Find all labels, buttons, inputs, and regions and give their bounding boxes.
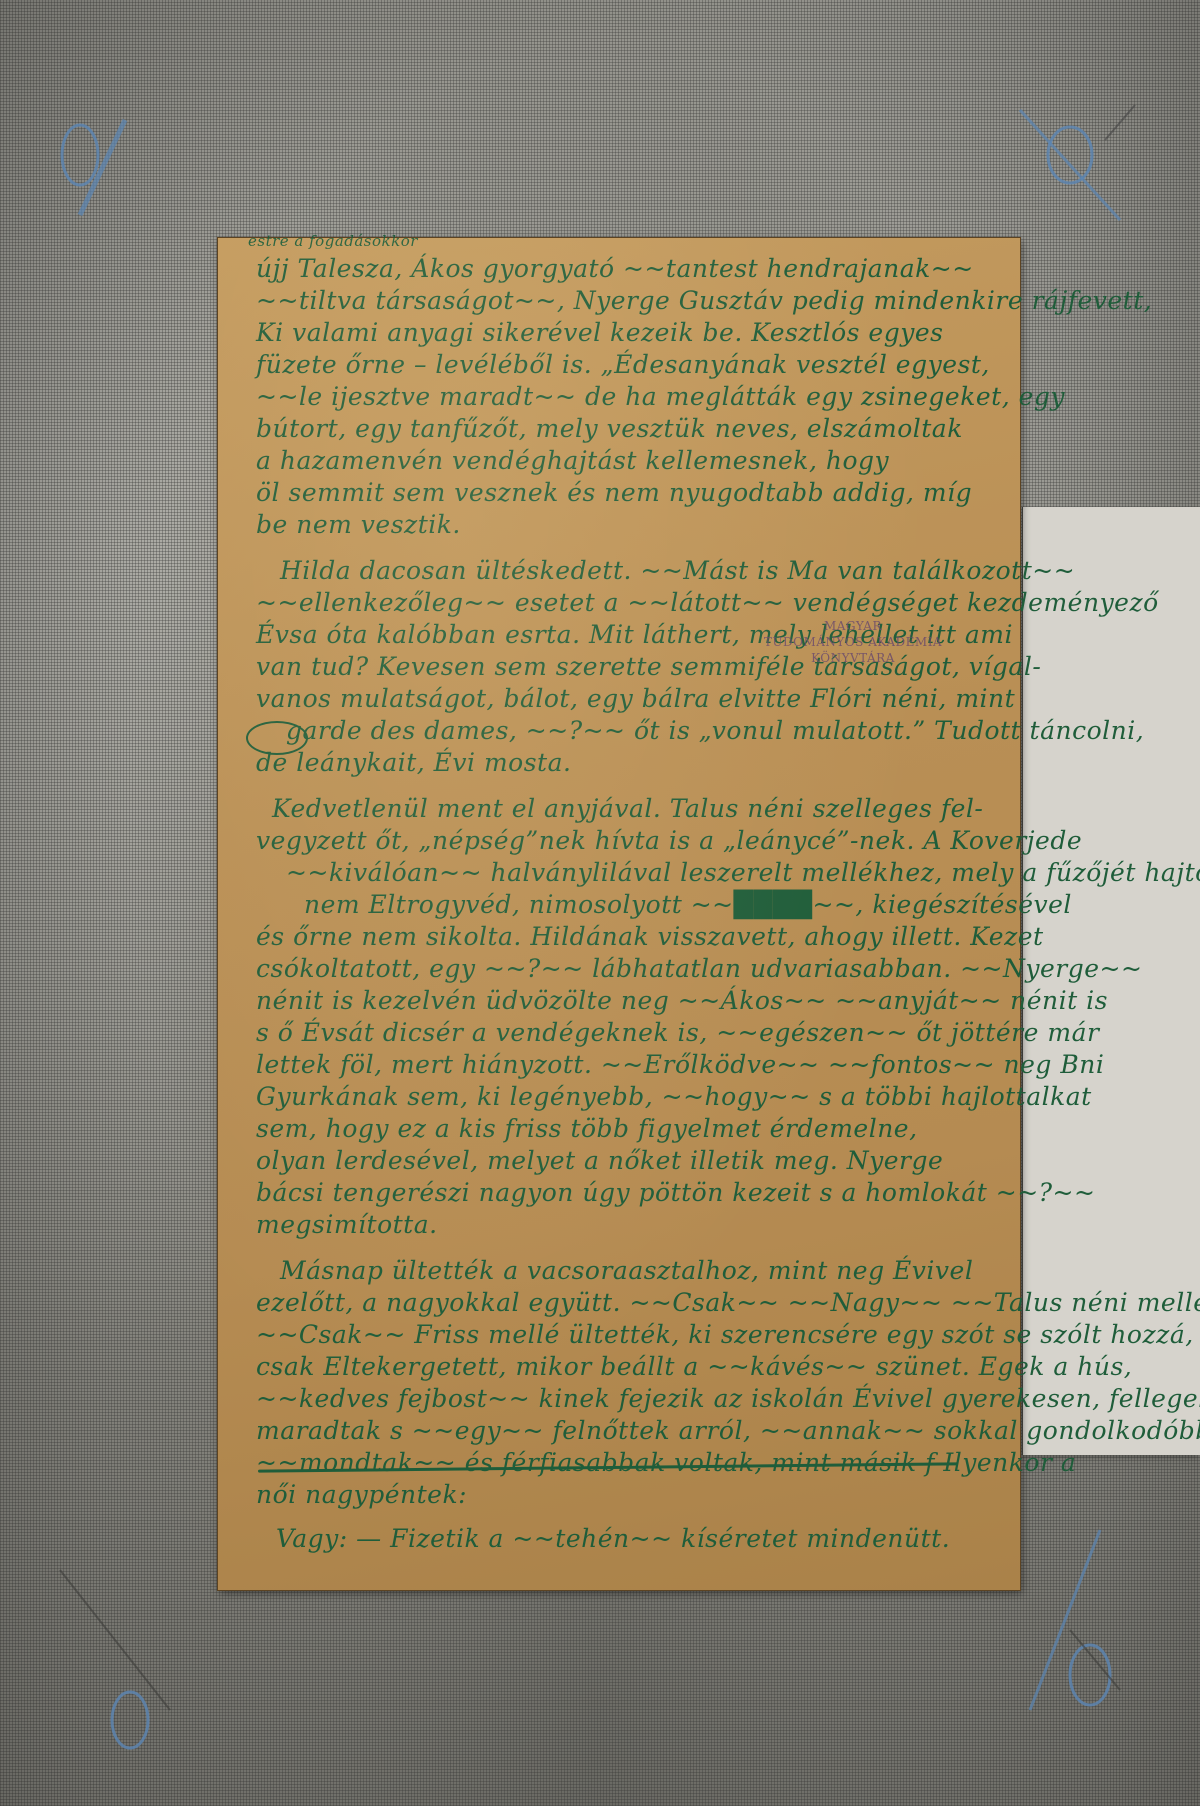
pencil-mark-bottom-left — [50, 1560, 180, 1750]
line-34: csak Eltekergetett, mikor beállt a ~~káv… — [256, 1352, 1132, 1381]
line-3: Ki valami anyagi sikerével kezeik be. Ke… — [256, 318, 943, 347]
line-9: be nem vesztik. — [256, 510, 461, 539]
line-26: Gyurkának sem, ki legényebb, ~~hogy~~ s … — [256, 1082, 1092, 1111]
line-11: ~~ellenkezőleg~~ esetet a ~~látott~~ ven… — [256, 588, 1159, 617]
stamp-line-1: MAGYAR — [753, 618, 953, 634]
line-15: garde des dames, ~~?~~ őt is „vonul mula… — [286, 716, 1144, 745]
library-stamp: MAGYAR TUDOMÁNYOS AKADÉMIA KÖNYVTÁRA — [753, 618, 953, 666]
line-24: s ő Évsát dicsér a vendégeknek is, ~~egé… — [256, 1018, 1099, 1047]
line-38: női nagypéntek: — [256, 1480, 467, 1509]
line-2: ~~tiltva társaságot~~, Nyerge Gusztáv pe… — [256, 286, 1152, 315]
line-16: de leánykait, Évi mosta. — [256, 748, 571, 777]
line-39: Vagy: — Fizetik a ~~tehén~~ kíséretet mi… — [276, 1524, 950, 1553]
manuscript-page: estre a fogadásokkor újj Talesza, Ákos g… — [218, 238, 1020, 1590]
line-21: és őrne nem sikolta. Hildának visszavett… — [256, 922, 1044, 951]
line-1: újj Talesza, Ákos gyorgyató ~~tantest he… — [256, 254, 974, 283]
line-36: maradtak s ~~egy~~ felnőttek arról, ~~an… — [256, 1416, 1200, 1445]
line-6: bútort, egy tanfűzőt, mely vesztük neves… — [256, 414, 963, 443]
line-17: Kedvetlenül ment el anyjával. Talus néni… — [272, 794, 983, 823]
line-10: Hilda dacosan ültéskedett. ~~Mást is Ma … — [280, 556, 1075, 585]
line-14: vanos mulatságot, bálot, egy bálra elvit… — [256, 684, 1015, 713]
line-29: bácsi tengerészi nagyon úgy pöttön kezei… — [256, 1178, 1095, 1207]
line-5: ~~le ijesztve maradt~~ de ha meglátták e… — [256, 382, 1065, 411]
circled-word-mark — [246, 721, 308, 755]
ink-underline-rule — [258, 1462, 958, 1472]
line-13: van tud? Kevesen sem szerette semmiféle … — [256, 652, 1041, 681]
line-33: ~~Csak~~ Friss mellé ültették, ki szeren… — [256, 1320, 1194, 1349]
pencil-mark-bottom-right — [1010, 1520, 1140, 1720]
line-8: öl semmit sem vesznek és nem nyugodtabb … — [256, 478, 972, 507]
pencil-mark-top-left — [50, 110, 140, 220]
line-22: csókoltatott, egy ~~?~~ lábhatatlan udva… — [256, 954, 1142, 983]
line-7: a hazamenvén vendéghajtást kellemesnek, … — [256, 446, 889, 475]
line-37: ~~mondtak~~ és férfiasabbak voltak, mint… — [256, 1448, 1076, 1477]
line-32: ezelőtt, a nagyokkal együtt. ~~Csak~~ ~~… — [256, 1288, 1200, 1317]
line-0: estre a fogadásokkor — [248, 232, 418, 250]
line-18: vegyzett őt, „népség”nek hívta is a „leá… — [256, 826, 1082, 855]
line-25: lettek föl, mert hiányzott. ~~Erőlködve~… — [256, 1050, 1104, 1079]
line-30: megsimította. — [256, 1210, 438, 1239]
line-4: füzete őrne – levéléből is. „Édesanyának… — [256, 350, 990, 379]
line-19: ~~kiválóan~~ halványlilával leszerelt me… — [286, 858, 1200, 887]
stamp-line-2: TUDOMÁNYOS AKADÉMIA — [753, 634, 953, 650]
pencil-mark-top-right — [1010, 100, 1150, 230]
stamp-line-3: KÖNYVTÁRA — [753, 650, 953, 666]
line-12: Évsa óta kalóbban esrta. Mit láthert, me… — [256, 620, 1013, 649]
line-20: nem Eltrogyvéd, nimosolyott ~~████~~, ki… — [304, 890, 1072, 919]
line-27: sem, hogy ez a kis friss több figyelmet … — [256, 1114, 918, 1143]
line-28: olyan lerdesével, melyet a nőket illetik… — [256, 1146, 943, 1175]
line-31: Másnap ültették a vacsoraasztalhoz, mint… — [280, 1256, 973, 1285]
line-23: nénit is kezelvén üdvözölte neg ~~Ákos~~… — [256, 986, 1108, 1015]
line-35: ~~kedves fejbost~~ kinek fejezik az isko… — [256, 1384, 1200, 1413]
